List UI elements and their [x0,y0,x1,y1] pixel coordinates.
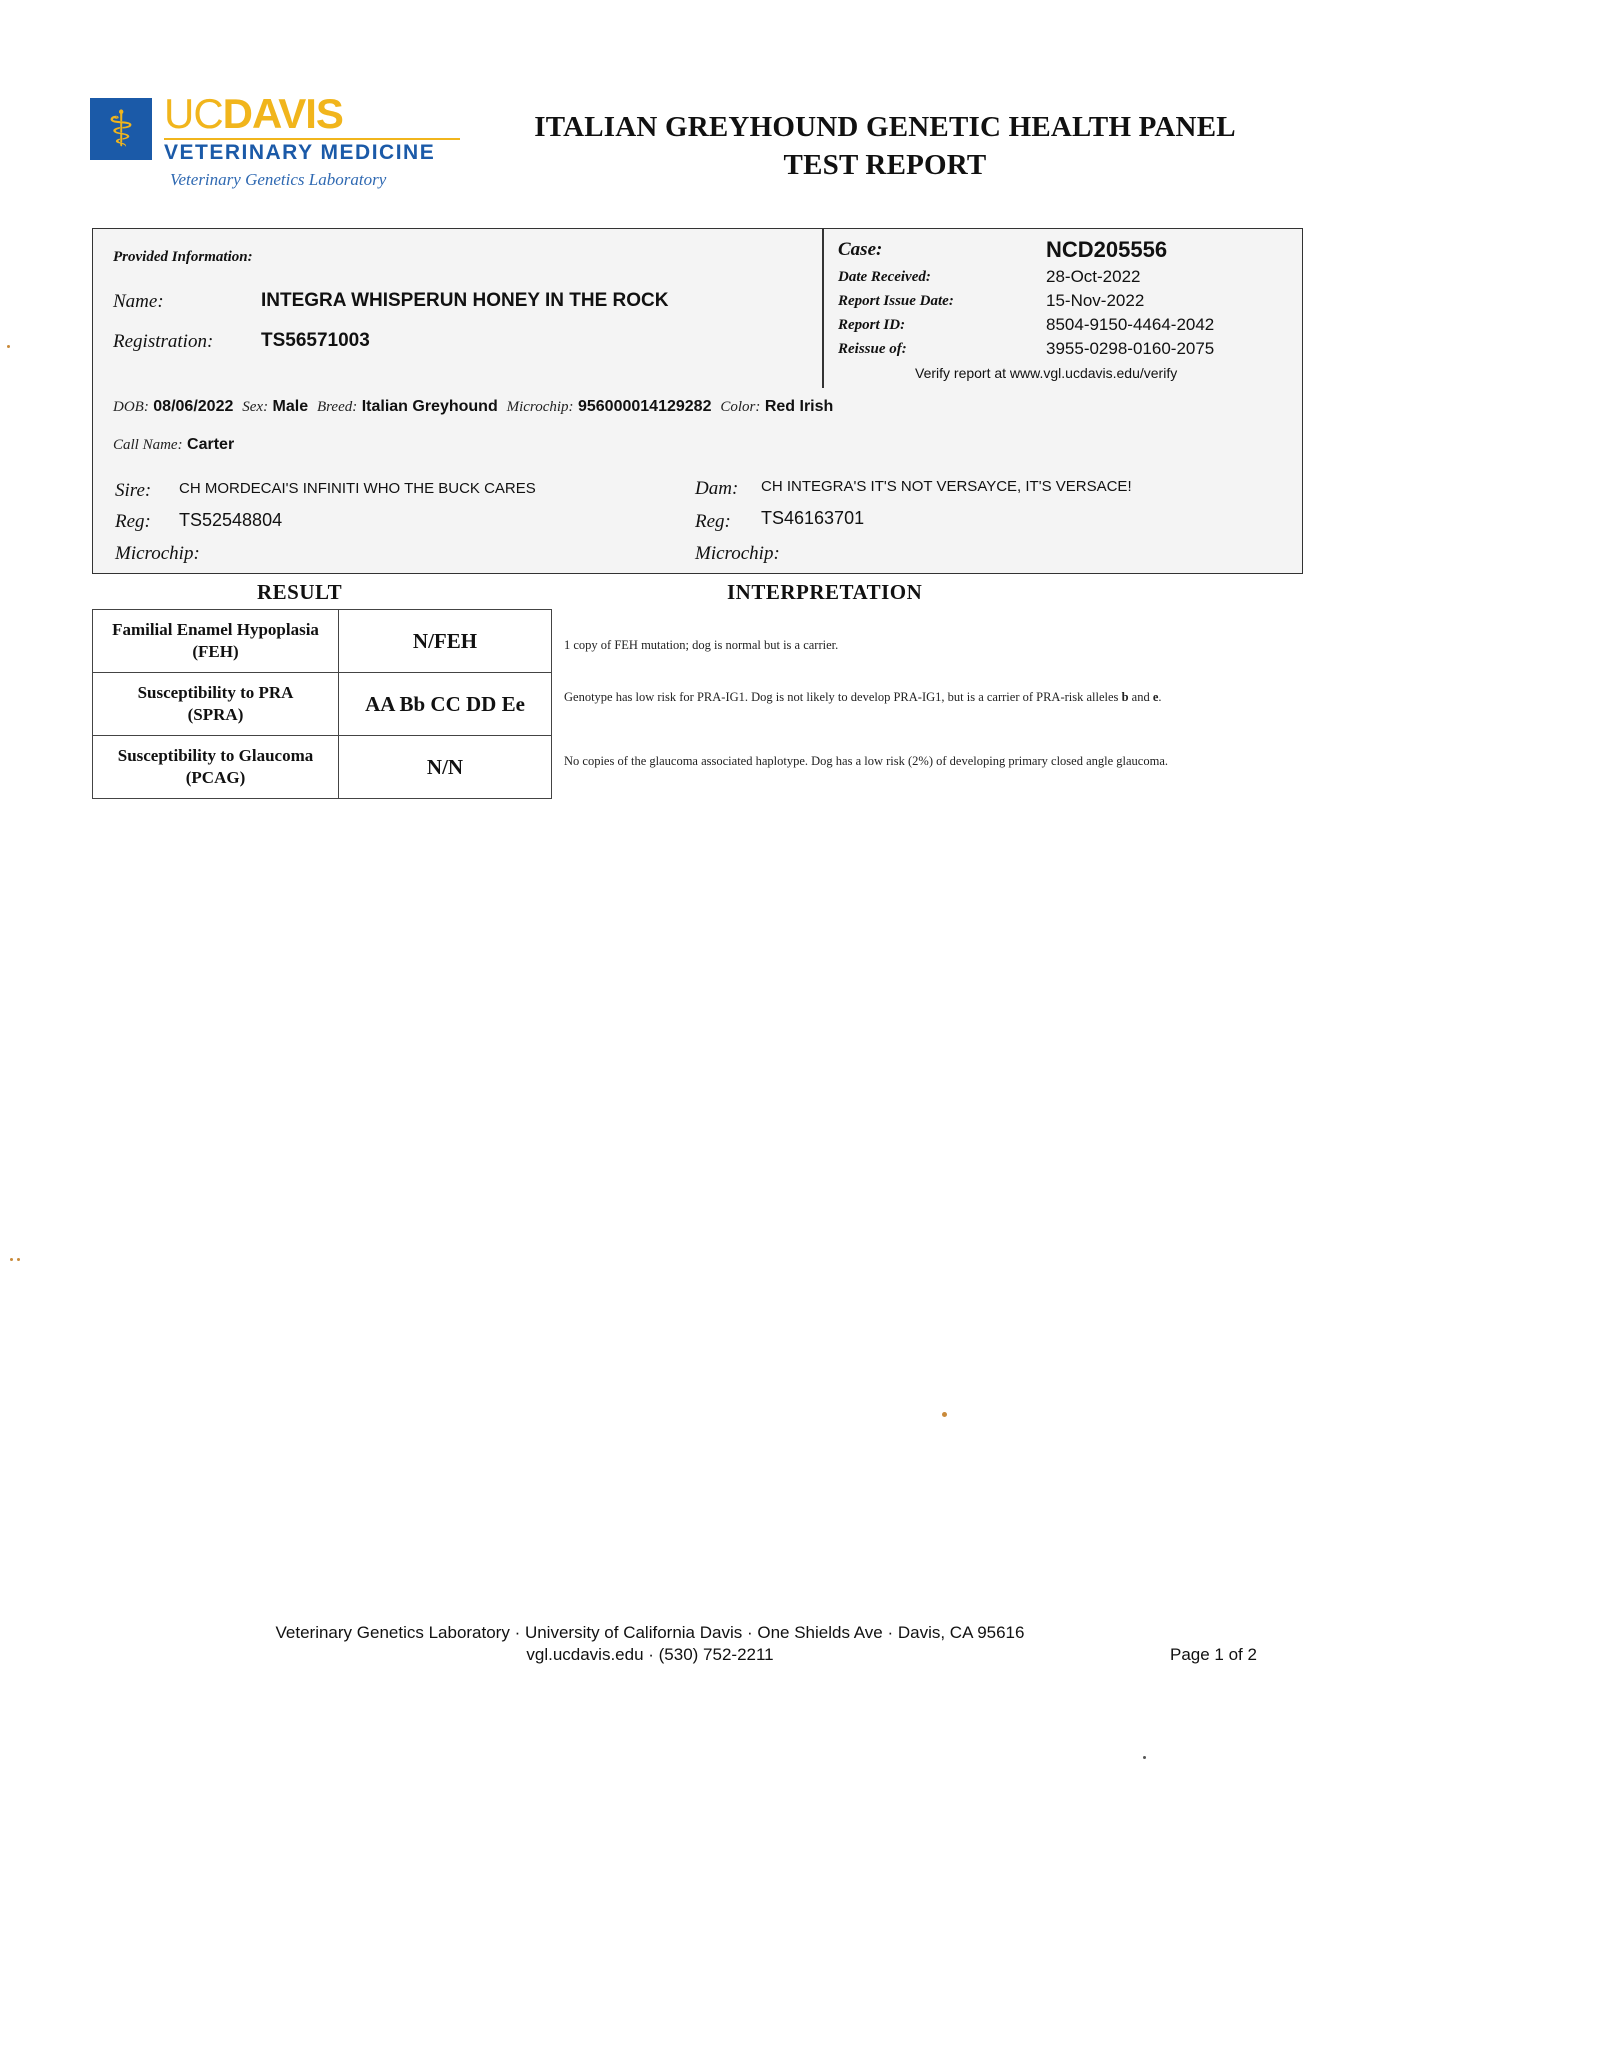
genotype-cell: N/FEH [339,610,552,673]
provided-info-box: Provided Information: Name: INTEGRA WHIS… [92,228,1303,390]
dam-microchip-label: Microchip: [695,543,780,565]
footer-line1: Veterinary Genetics Laboratory · Univers… [250,1622,1050,1644]
table-row: Susceptibility to PRA (SPRA) AA Bb CC DD… [93,673,552,736]
report-title-line2: TEST REPORT [490,146,1280,184]
interp-text: . [1158,690,1161,704]
report-title: ITALIAN GREYHOUND GENETIC HEALTH PANEL T… [490,108,1280,184]
caduceus-icon: ⚕ [90,98,152,160]
interp-text: and [1129,690,1153,704]
parents-row: Sire: CH MORDECAI'S INFINITI WHO THE BUC… [92,465,1303,574]
date-received-label: Date Received: [838,269,931,286]
provided-info-heading: Provided Information: [113,249,253,266]
sire-reg: TS52548804 [179,510,282,531]
dam-reg: TS46163701 [761,508,864,529]
sire-label: Sire: [115,480,151,502]
color-label: Color: [720,399,760,415]
results-table: Familial Enamel Hypoplasia (FEH) N/FEH S… [92,609,552,799]
interpretation-spra: Genotype has low risk for PRA-IG1. Dog i… [564,688,1324,707]
dam-label: Dam: [695,478,738,500]
logo-lab: Veterinary Genetics Laboratory [170,170,386,190]
scan-speck [10,1258,13,1261]
color: Red Irish [765,398,833,415]
sire-reg-label: Reg: [115,511,151,533]
dob: 08/06/2022 [153,398,233,415]
logo-uc: UC [164,90,223,137]
allele-b: b [1122,690,1129,704]
scan-speck [1143,1756,1146,1759]
sire-microchip-label: Microchip: [115,543,200,565]
test-code: (FEH) [93,641,338,663]
footer-address: Veterinary Genetics Laboratory · Univers… [250,1622,1050,1666]
dog-name: INTEGRA WHISPERUN HONEY IN THE ROCK [261,290,668,312]
test-name-cell: Susceptibility to Glaucoma (PCAG) [93,736,339,799]
dam-name: CH INTEGRA'S IT'S NOT VERSAYCE, IT'S VER… [761,478,1132,495]
verify-link[interactable]: Verify report at www.vgl.ucdavis.edu/ver… [915,365,1177,381]
sex: Male [273,398,309,415]
info-divider [822,228,824,388]
microchip: 956000014129282 [578,398,711,415]
interpretation-heading: INTERPRETATION [727,580,922,605]
name-label: Name: [113,291,164,313]
test-name: Susceptibility to PRA [93,682,338,704]
dob-label: DOB: [113,399,149,415]
dam-reg-label: Reg: [695,511,731,533]
sex-label: Sex: [242,399,268,415]
call-name-label: Call Name: [113,437,183,453]
test-name-cell: Familial Enamel Hypoplasia (FEH) [93,610,339,673]
test-name: Susceptibility to Glaucoma [93,745,338,767]
reissue-label: Reissue of: [838,341,907,358]
result-heading: RESULT [257,580,342,605]
page-number: Page 1 of 2 [1170,1645,1257,1665]
breed-label: Breed: [317,399,357,415]
reissue-id: 3955-0298-0160-2075 [1046,339,1214,359]
interpretation-feh: 1 copy of FEH mutation; dog is normal bu… [564,636,1324,655]
report-issue-date-label: Report Issue Date: [838,293,954,310]
ucdavis-logo: ⚕ UCDAVIS VETERINARY MEDICINE Veterinary… [90,92,470,202]
logo-wordmark: UCDAVIS [164,92,343,136]
scan-speck [7,345,10,348]
report-id: 8504-9150-4464-2042 [1046,315,1214,335]
breed: Italian Greyhound [362,398,498,415]
test-code: (SPRA) [93,704,338,726]
date-received: 28-Oct-2022 [1046,267,1141,287]
test-name-cell: Susceptibility to PRA (SPRA) [93,673,339,736]
report-id-label: Report ID: [838,317,905,334]
animal-details-row: DOB: 08/06/2022 Sex: Male Breed: Italian… [92,388,1303,428]
microchip-label: Microchip: [507,399,574,415]
interpretation-pcag: No copies of the glaucoma associated hap… [564,752,1324,771]
report-issue-date: 15-Nov-2022 [1046,291,1144,311]
call-name: Carter [187,436,234,453]
logo-davis: DAVIS [223,90,343,137]
registration-number: TS56571003 [261,330,370,352]
test-name: Familial Enamel Hypoplasia [93,619,338,641]
logo-school: VETERINARY MEDICINE [164,141,435,165]
registration-label: Registration: [113,331,213,353]
test-code: (PCAG) [93,767,338,789]
scan-speck [17,1258,20,1261]
table-row: Susceptibility to Glaucoma (PCAG) N/N [93,736,552,799]
table-row: Familial Enamel Hypoplasia (FEH) N/FEH [93,610,552,673]
interp-text: Genotype has low risk for PRA-IG1. Dog i… [564,690,1122,704]
sire-name: CH MORDECAI'S INFINITI WHO THE BUCK CARE… [179,480,536,497]
report-title-line1: ITALIAN GREYHOUND GENETIC HEALTH PANEL [490,108,1280,146]
genotype-cell: N/N [339,736,552,799]
logo-rule [164,138,460,140]
scan-speck [942,1412,947,1417]
footer-line2: vgl.ucdavis.edu · (530) 752-2211 [250,1644,1050,1666]
call-name-row: Call Name: Carter [92,427,1303,466]
genotype-cell: AA Bb CC DD Ee [339,673,552,736]
case-label: Case: [838,239,882,261]
case-number: NCD205556 [1046,237,1167,263]
